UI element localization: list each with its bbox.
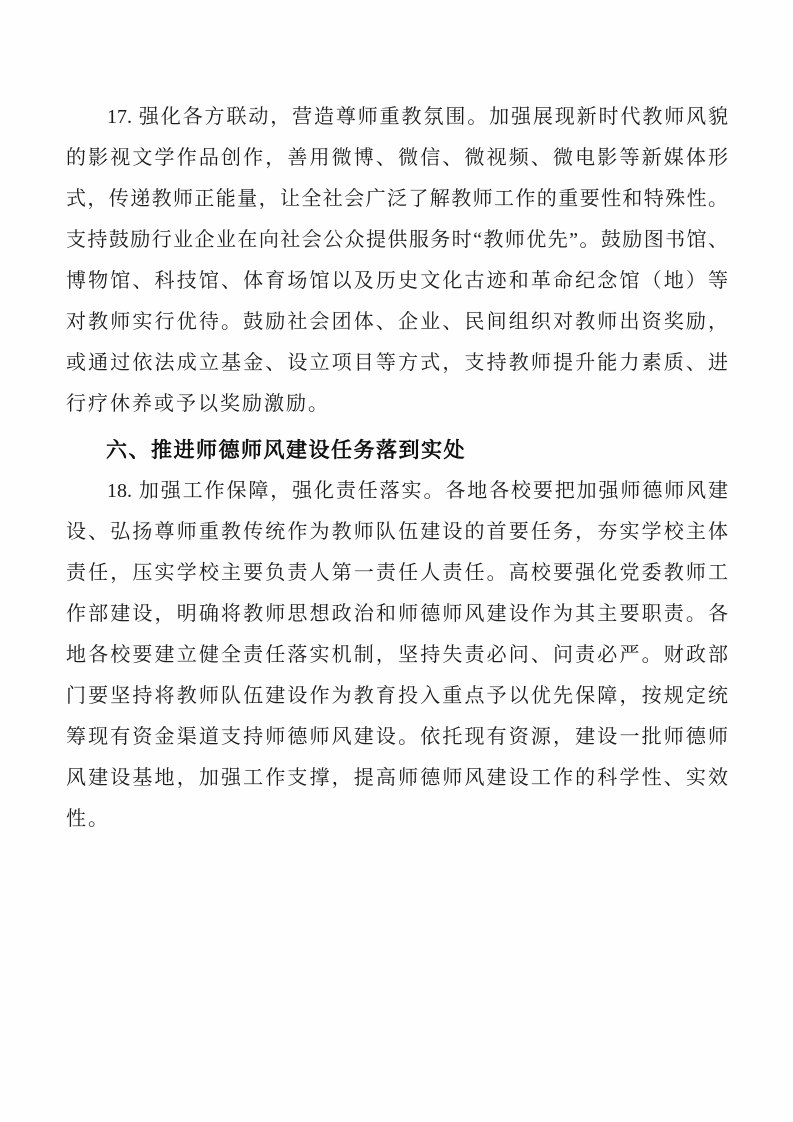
text-line: 设、弘扬尊师重教传统作为教师队伍建设的首要任务，夯实学校主体 [66,512,728,553]
text-line: 地各校要建立健全责任落实机制，坚持失责必问、问责必严。财政部 [66,635,728,676]
document-page: 17. 强化各方联动，营造尊师重教氛围。加强展现新时代教师风貌的影视文学作品创作… [0,0,793,1122]
section-heading-text: 六、推进师德师风建设任务落到实处 [66,430,728,471]
text-line: 行疗休养或予以奖励激励。 [66,384,728,425]
text-line: 式，传递教师正能量，让全社会广泛了解教师工作的重要性和特殊性。 [66,179,728,220]
text-line: 的影视文学作品创作，善用微博、微信、微视频、微电影等新媒体形 [66,138,728,179]
text-line: 17. 强化各方联动，营造尊师重教氛围。加强展现新时代教师风貌 [66,97,728,138]
text-line: 对教师实行优待。鼓励社会团体、企业、民间组织对教师出资奖励， [66,302,728,343]
text-line: 博物馆、科技馆、体育场馆以及历史文化古迹和革命纪念馆（地）等 [66,261,728,302]
text-line: 责任，压实学校主要负责人第一责任人责任。高校要强化党委教师工 [66,553,728,594]
text-line: 18. 加强工作保障，强化责任落实。各地各校要把加强师德师风建 [66,471,728,512]
text-line: 或通过依法成立基金、设立项目等方式，支持教师提升能力素质、进 [66,343,728,384]
text-line: 风建设基地，加强工作支撑，提高师德师风建设工作的科学性、实效 [66,758,728,799]
paragraph-item-18: 18. 加强工作保障，强化责任落实。各地各校要把加强师德师风建设、弘扬尊师重教传… [66,471,728,840]
text-line: 筹现有资金渠道支持师德师风建设。依托现有资源，建设一批师德师 [66,717,728,758]
section-heading-6: 六、推进师德师风建设任务落到实处 [66,430,728,471]
document-content: 17. 强化各方联动，营造尊师重教氛围。加强展现新时代教师风貌的影视文学作品创作… [66,97,728,840]
text-line: 作部建设，明确将教师思想政治和师德师风建设作为其主要职责。各 [66,594,728,635]
paragraph-item-17: 17. 强化各方联动，营造尊师重教氛围。加强展现新时代教师风貌的影视文学作品创作… [66,97,728,425]
text-line: 性。 [66,799,728,840]
text-line: 支持鼓励行业企业在向社会公众提供服务时“教师优先”。鼓励图书馆、 [66,220,728,261]
text-line: 门要坚持将教师队伍建设作为教育投入重点予以优先保障，按规定统 [66,676,728,717]
